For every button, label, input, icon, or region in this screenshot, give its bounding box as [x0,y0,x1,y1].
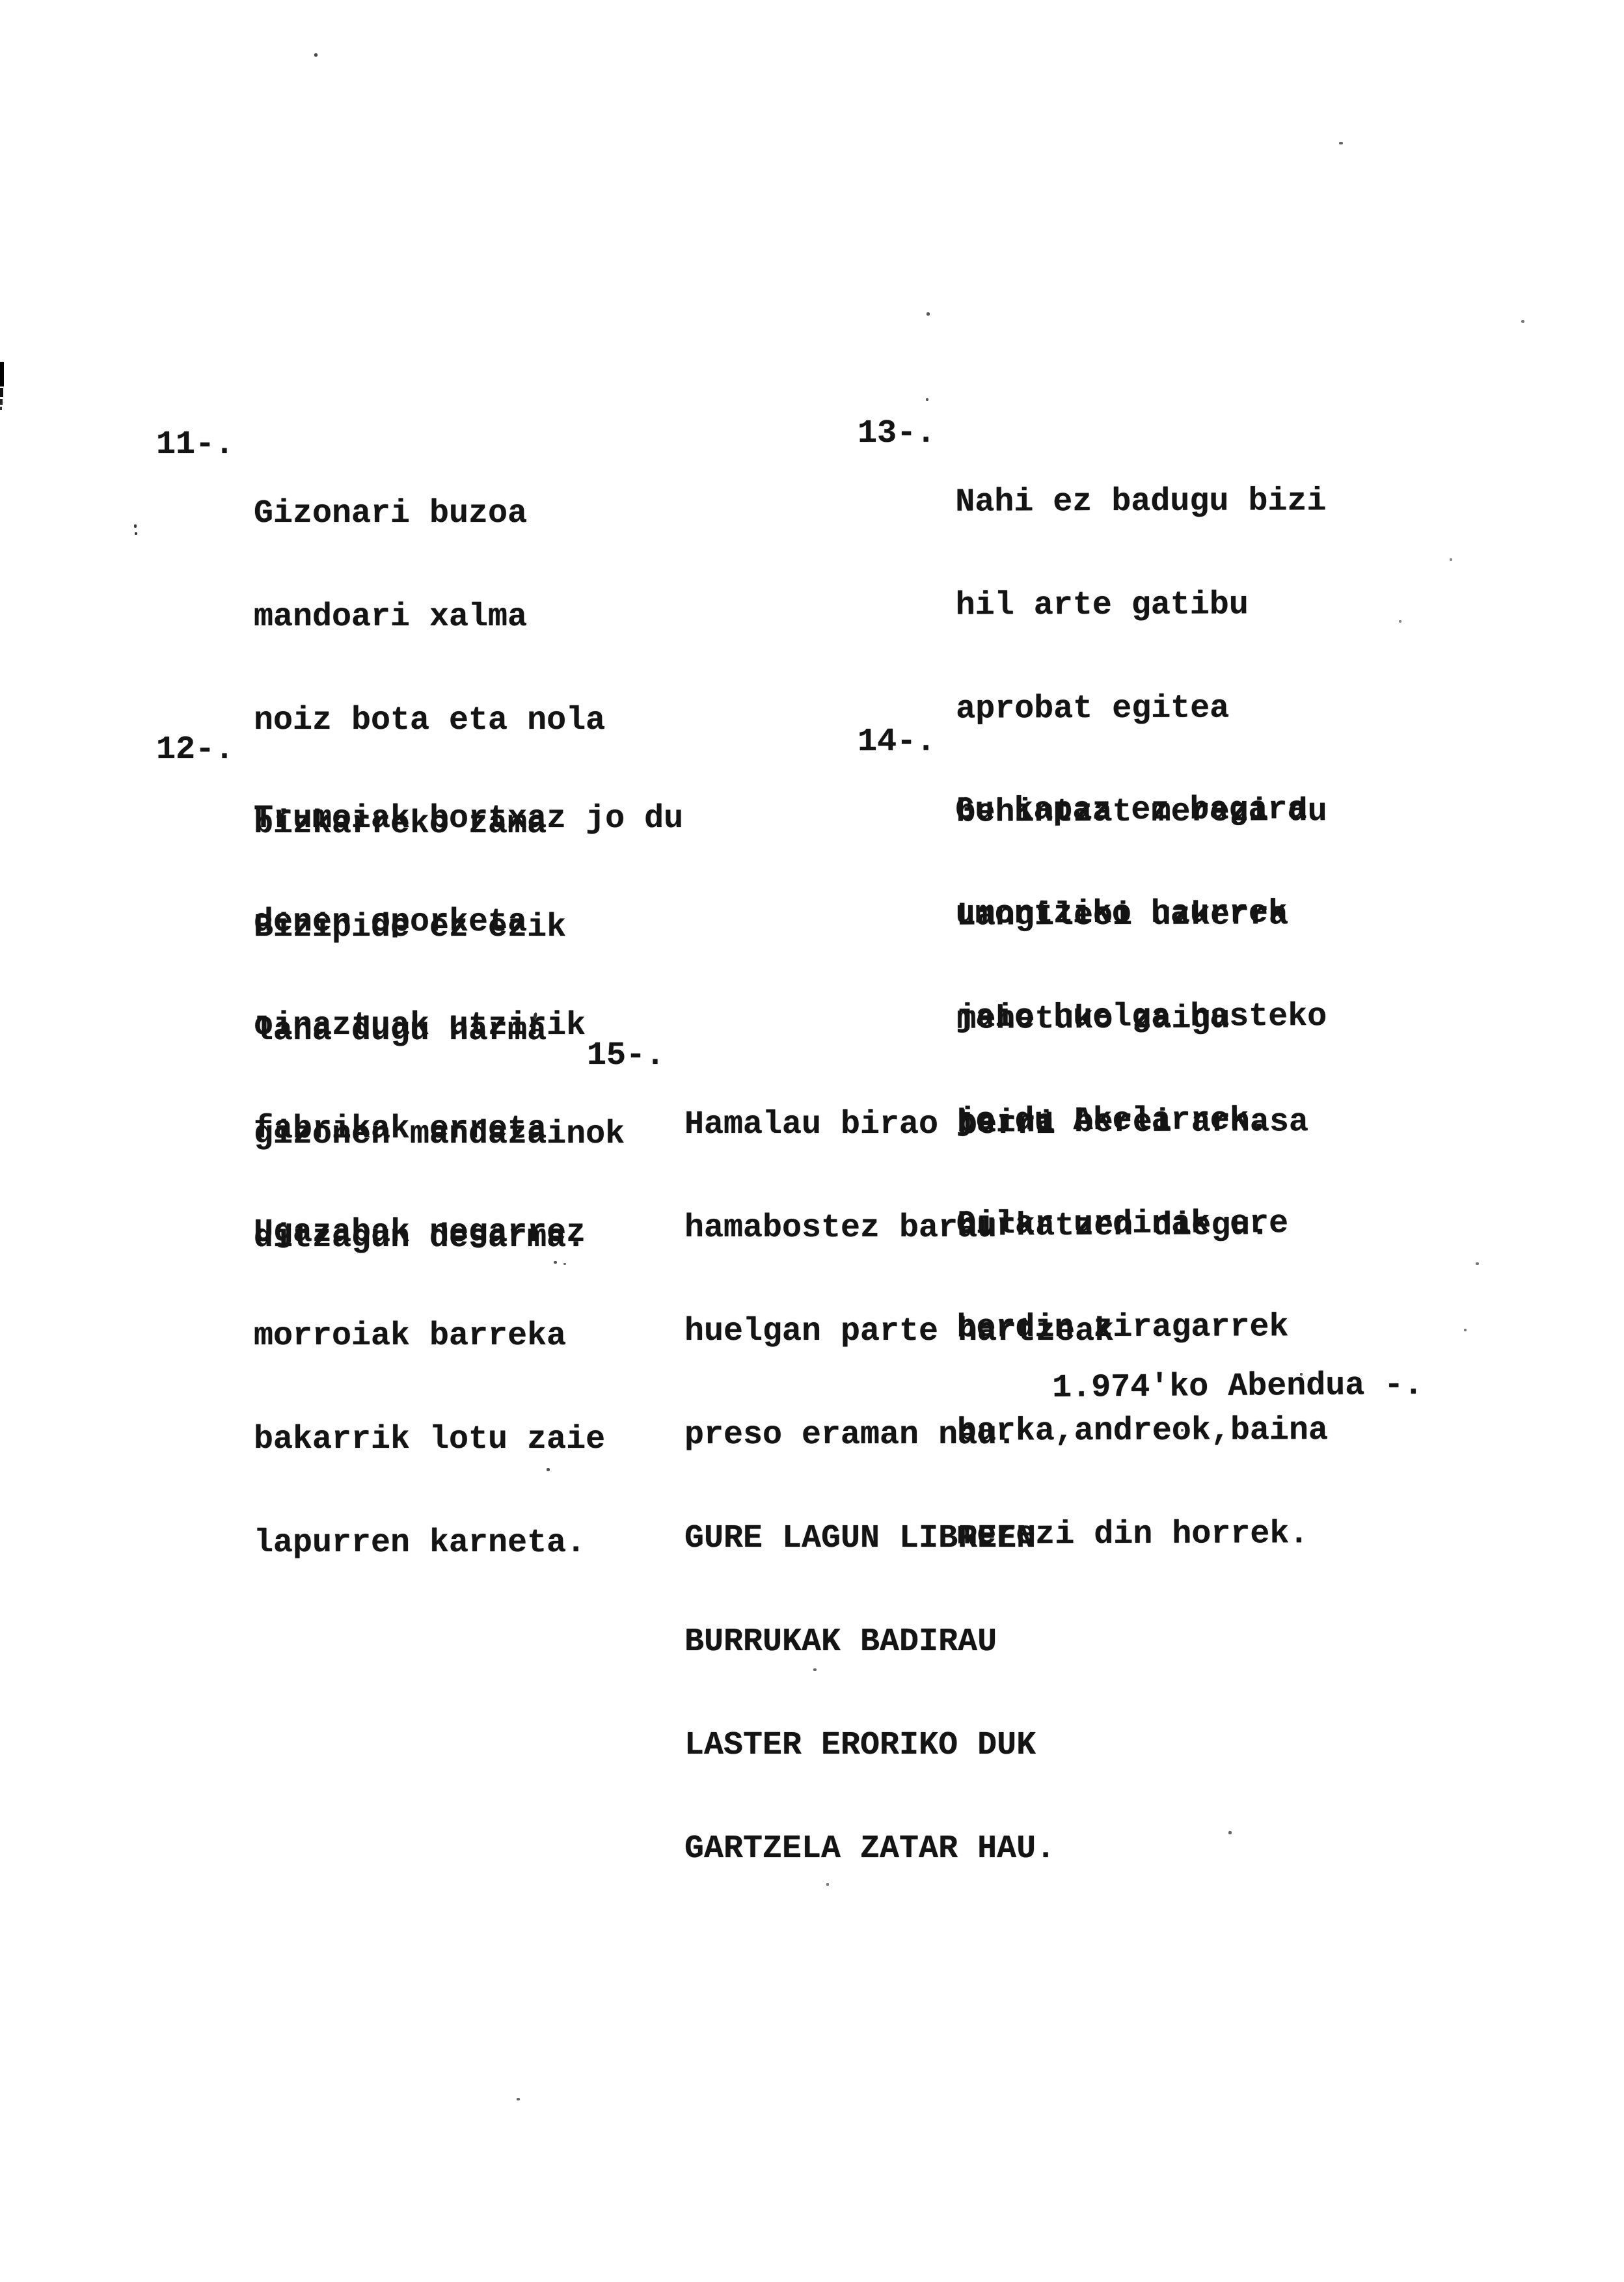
scan-speck [517,2098,520,2100]
scan-speck [826,1883,829,1886]
verse-line: Nahi ez badugu bizi [955,484,1326,519]
stanza-number: 15-. [587,1039,684,1073]
stanza-15: 15-. Hamalau birao berri hamabostez bara… [587,1039,1114,1935]
stanza-number: 13-. [858,416,955,451]
scan-speck [927,312,930,316]
verse-line: GURE LAGUN LIBREEN [684,1521,1114,1556]
verse-line: denen oporketa [254,905,683,940]
scan-speck [134,524,137,528]
scan-speck [1228,1831,1232,1834]
scan-speck [1300,1373,1303,1376]
scan-speck [547,1468,550,1471]
verse-line: aprobat egitea [956,691,1327,726]
stanza-number: 12-. [156,733,254,767]
verse-line: jaio huelga hasteko [956,999,1327,1035]
verse-line: preso eraman nau. [684,1418,1114,1452]
scan-edge-artifact [0,399,3,405]
scan-speck [563,1263,566,1265]
verse-line: LASTER ERORIKO DUK [684,1728,1114,1763]
scan-speck [1339,142,1343,144]
scan-speck [926,398,928,401]
verse-line: hil arte gatibu [956,588,1327,623]
scan-speck [1181,1429,1184,1432]
scan-speck [554,1261,557,1264]
verse-line: GARTZELA ZATAR HAU. [684,1832,1114,1866]
scan-speck [1450,558,1452,561]
scan-speck [813,1668,817,1671]
scan-edge-artifact [0,362,4,387]
scan-edge-artifact [0,407,2,410]
scan-edge-artifact [0,388,3,397]
verse-line: umontziko haurrek [956,896,1327,931]
scan-speck [1476,1262,1479,1265]
verse-line: Trumoiak bortxaz jo du [254,802,683,836]
verse-line: huelgan parte hartzeak [684,1314,1114,1349]
date-line: 1.974'ko Abendua -. [1052,1368,1423,1406]
verse-line: BURRUKAK BADIRAU [684,1625,1114,1659]
verse-line: Gu kapaz ez bagara [955,793,1326,828]
scan-speck [1521,320,1524,323]
scan-speck [135,532,137,535]
verse-line: Gizonari buzoa [254,496,625,531]
scan-speck [1464,1329,1467,1331]
scan-speck [314,53,318,57]
verse-line: hamabostez barau [684,1211,1114,1245]
verse-line: mandoari xalma [254,600,625,634]
scan-speck [1399,620,1401,623]
stanza-lines: Hamalau birao berri hamabostez barau hue… [684,1039,1114,1935]
stanza-number: 11-. [156,428,254,462]
verse-line: Hamalau birao berri [684,1107,1114,1142]
stanza-number: 14-. [858,725,955,759]
scanned-document-page: 11-. Gizonari buzoa mandoari xalma noiz … [0,0,1624,2282]
